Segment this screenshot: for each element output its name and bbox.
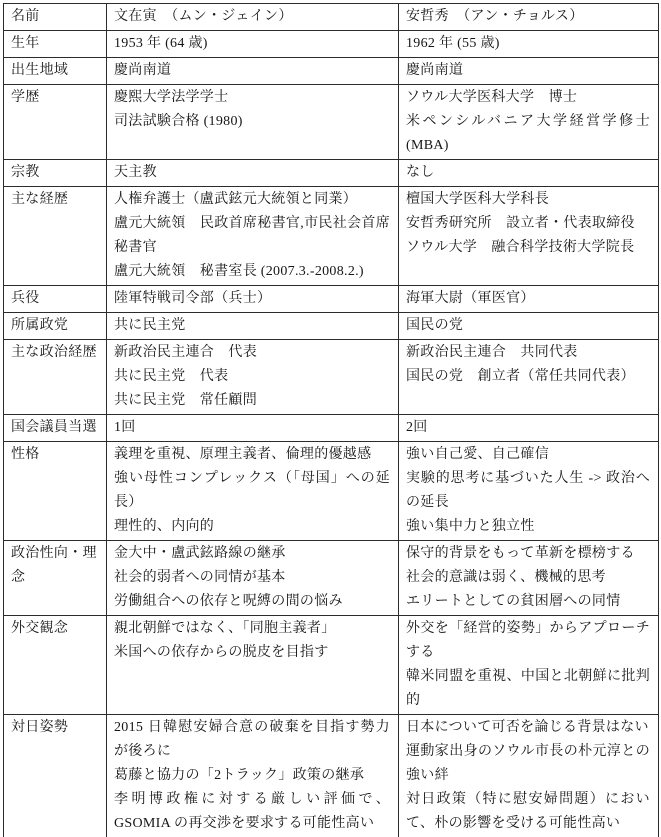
ahn-cell: 新政治民主連合 共同代表国民の党 創立者（常任共同代表） <box>399 340 659 415</box>
row-label: 性格 <box>4 442 107 541</box>
table-row-political-career: 主な政治経歴 新政治民主連合 代表共に民主党 代表共に民主党 常任顧問 新政治民… <box>4 340 659 415</box>
table-row-political-orientation: 政治性向・理念 金大中・盧武鉉路線の継承社会的弱者への同情が基本労働組合への依存… <box>4 541 659 616</box>
ahn-cell: 国民の党 <box>399 313 659 340</box>
table-row-education: 学歴 慶熙大学法学学士司法試験合格 (1980) ソウル大学医科大学 博士米ペン… <box>4 85 659 160</box>
row-label-text: 宗教 <box>11 161 98 185</box>
ahn-cell: 保守的背景をもって革新を標榜する社会的意識は弱く、機械的思考エリートとしての貧困… <box>399 541 659 616</box>
ahn-cell: 海軍大尉（軍医官） <box>399 286 659 313</box>
moon-cell: 新政治民主連合 代表共に民主党 代表共に民主党 常任顧問 <box>107 340 399 415</box>
table-row-military-service: 兵役 陸軍特戦司令部（兵士） 海軍大尉（軍医官） <box>4 286 659 313</box>
cell-line: ソウル大学 融合科学技術大学院長 <box>406 236 650 260</box>
cell-line: 運動家出身のソウル市長の朴元淳との強い絆 <box>406 740 650 788</box>
cell-line: 人権弁護士（盧武鉉元大統領と同業） <box>114 188 390 212</box>
row-label-text: 出生地域 <box>11 59 98 83</box>
cell-line: 強い母性コンプレックス（「母国」への延長） <box>114 467 390 515</box>
cell-line: 国民の党 創立者（常任共同代表） <box>406 365 650 389</box>
cell-line: 強い集中力と独立性 <box>406 515 650 539</box>
table-row-personality: 性格 義理を重視、原理主義者、倫理的優越感強い母性コンプレックス（「母国」への延… <box>4 442 659 541</box>
ahn-cell: 檀国大学医科大学科長安哲秀研究所 設立者・代表取締役ソウル大学 融合科学技術大学… <box>399 187 659 286</box>
table-row-name: 名前 文在寅 （ムン・ジェイン） 安哲秀 （アン・チョルス） <box>4 4 659 31</box>
cell-line: 共に民主党 <box>114 314 390 338</box>
cell-line: 共に民主党 常任顧問 <box>114 389 390 413</box>
table-row-birthplace: 出生地域 慶尚南道 慶尚南道 <box>4 58 659 85</box>
cell-line: 義理を重視、原理主義者、倫理的優越感 <box>114 443 390 467</box>
moon-cell: 陸軍特戦司令部（兵士） <box>107 286 399 313</box>
cell-line: 葛藤と協力の「2トラック」政策の継承 <box>114 764 390 788</box>
row-label: 兵役 <box>4 286 107 313</box>
cell-line: 陸軍特戦司令部（兵士） <box>114 287 390 311</box>
ahn-cell: 安哲秀 （アン・チョルス） <box>399 4 659 31</box>
cell-line: エリートとしての貧困層への同情 <box>406 590 650 614</box>
row-label: 名前 <box>4 4 107 31</box>
row-label: 外交観念 <box>4 616 107 715</box>
cell-line: 新政治民主連合 共同代表 <box>406 341 650 365</box>
row-label-text: 国会議員当選 <box>11 416 98 440</box>
row-label-text: 生年 <box>11 32 98 56</box>
row-label-text: 主な政治経歴 <box>11 341 98 365</box>
row-label: 所属政党 <box>4 313 107 340</box>
cell-line: 新政治民主連合 代表 <box>114 341 390 365</box>
cell-line: 共に民主党 代表 <box>114 365 390 389</box>
cell-line: 天主教 <box>114 161 390 185</box>
moon-cell: 1回 <box>107 415 399 442</box>
cell-line: 海軍大尉（軍医官） <box>406 287 650 311</box>
cell-line: 金大中・盧武鉉路線の継承 <box>114 542 390 566</box>
row-label: 対日姿勢 <box>4 715 107 837</box>
moon-cell: 金大中・盧武鉉路線の継承社会的弱者への同情が基本労働組合への依存と呪縛の間の悩み <box>107 541 399 616</box>
row-label: 国会議員当選 <box>4 415 107 442</box>
ahn-cell: 1962 年 (55 歳) <box>399 31 659 58</box>
cell-line: 盧元大統領 秘書室長 (2007.3.-2008.2.) <box>114 260 390 284</box>
table-row-religion: 宗教 天主教 なし <box>4 160 659 187</box>
cell-line: 労働組合への依存と呪縛の間の悩み <box>114 590 390 614</box>
moon-cell: 文在寅 （ムン・ジェイン） <box>107 4 399 31</box>
row-label: 主な政治経歴 <box>4 340 107 415</box>
ahn-cell: 外交を「経営的姿勢」からアプローチする韓米同盟を重視、中国と北朝鮮に批判的 <box>399 616 659 715</box>
cell-line: 1953 年 (64 歳) <box>114 32 390 56</box>
moon-cell: 親北朝鮮ではなく、「同胞主義者」米国への依存からの脱皮を目指す <box>107 616 399 715</box>
row-label-text: 対日姿勢 <box>11 716 98 740</box>
cell-line: 安哲秀 （アン・チョルス） <box>406 5 650 29</box>
cell-line: 慶熙大学法学学士 <box>114 86 390 110</box>
table-row-elections-won: 国会議員当選 1回 2回 <box>4 415 659 442</box>
ahn-cell: 強い自己愛、自己確信実験的思考に基づいた人生 -> 政治への延長強い集中力と独立… <box>399 442 659 541</box>
cell-line: 1回 <box>114 416 390 440</box>
cell-line: 保守的背景をもって革新を標榜する <box>406 542 650 566</box>
table-row-japan-stance: 対日姿勢 2015 日韓慰安婦合意の破棄を目指す勢力が後ろに葛藤と協力の「2トラ… <box>4 715 659 837</box>
cell-line: 親北朝鮮ではなく、「同胞主義者」 <box>114 617 390 641</box>
row-label: 政治性向・理念 <box>4 541 107 616</box>
cell-line: 強い自己愛、自己確信 <box>406 443 650 467</box>
document-page: 名前 文在寅 （ムン・ジェイン） 安哲秀 （アン・チョルス） 生年 1953 年… <box>0 0 661 837</box>
moon-cell: 1953 年 (64 歳) <box>107 31 399 58</box>
table-row-birth-year: 生年 1953 年 (64 歳) 1962 年 (55 歳) <box>4 31 659 58</box>
cell-line: 檀国大学医科大学科長 <box>406 188 650 212</box>
moon-cell: 慶尚南道 <box>107 58 399 85</box>
table-row-diplomacy-view: 外交観念 親北朝鮮ではなく、「同胞主義者」米国への依存からの脱皮を目指す 外交を… <box>4 616 659 715</box>
cell-line: 2回 <box>406 416 650 440</box>
cell-line: 慶尚南道 <box>406 59 650 83</box>
ahn-cell: 慶尚南道 <box>399 58 659 85</box>
moon-cell: 義理を重視、原理主義者、倫理的優越感強い母性コンプレックス（「母国」への延長）理… <box>107 442 399 541</box>
cell-line: 司法試験合格 (1980) <box>114 110 390 134</box>
table-row-main-career: 主な経歴 人権弁護士（盧武鉉元大統領と同業）盧元大統領 民政首席秘書官,市民社会… <box>4 187 659 286</box>
ahn-cell: 2回 <box>399 415 659 442</box>
cell-line: 2015 日韓慰安婦合意の破棄を目指す勢力が後ろに <box>114 716 390 764</box>
cell-line: 韓米同盟を重視、中国と北朝鮮に批判的 <box>406 665 650 713</box>
row-label-text: 性格 <box>11 443 98 467</box>
cell-line: なし <box>406 161 650 185</box>
row-label: 出生地域 <box>4 58 107 85</box>
cell-line: 外交を「経営的姿勢」からアプローチする <box>406 617 650 665</box>
cell-line: 理性的、内向的 <box>114 515 390 539</box>
comparison-table: 名前 文在寅 （ムン・ジェイン） 安哲秀 （アン・チョルス） 生年 1953 年… <box>3 3 659 837</box>
row-label-text: 所属政党 <box>11 314 98 338</box>
cell-line: 安哲秀研究所 設立者・代表取締役 <box>406 212 650 236</box>
cell-line: ソウル大学医科大学 博士 <box>406 86 650 110</box>
cell-line: 米ペンシルバニア大学経営学修士 (MBA) <box>406 110 650 158</box>
row-label-text: 名前 <box>11 5 98 29</box>
ahn-cell: ソウル大学医科大学 博士米ペンシルバニア大学経営学修士 (MBA) <box>399 85 659 160</box>
moon-cell: 共に民主党 <box>107 313 399 340</box>
row-label-text: 主な経歴 <box>11 188 98 212</box>
cell-line: 対日政策（特に慰安婦問題）において、朴の影響を受ける可能性高い <box>406 788 650 836</box>
moon-cell: 2015 日韓慰安婦合意の破棄を目指す勢力が後ろに葛藤と協力の「2トラック」政策… <box>107 715 399 837</box>
cell-line: 李明博政権に対する厳しい評価で、GSOMIA の再交渉を要求する可能性高い <box>114 788 390 836</box>
cell-line: 慶尚南道 <box>114 59 390 83</box>
cell-line: 米国への依存からの脱皮を目指す <box>114 641 390 665</box>
row-label-text: 政治性向・理念 <box>11 542 98 590</box>
cell-line: 社会的弱者への同情が基本 <box>114 566 390 590</box>
ahn-cell: なし <box>399 160 659 187</box>
row-label-text: 外交観念 <box>11 617 98 641</box>
cell-line: 国民の党 <box>406 314 650 338</box>
moon-cell: 慶熙大学法学学士司法試験合格 (1980) <box>107 85 399 160</box>
cell-line: 日本について可否を論じる背景はない <box>406 716 650 740</box>
moon-cell: 人権弁護士（盧武鉉元大統領と同業）盧元大統領 民政首席秘書官,市民社会首席秘書官… <box>107 187 399 286</box>
cell-line: 実験的思考に基づいた人生 -> 政治への延長 <box>406 467 650 515</box>
table-row-party: 所属政党 共に民主党 国民の党 <box>4 313 659 340</box>
cell-line: 社会的意識は弱く、機械的思考 <box>406 566 650 590</box>
row-label: 主な経歴 <box>4 187 107 286</box>
row-label-text: 兵役 <box>11 287 98 311</box>
cell-line: 1962 年 (55 歳) <box>406 32 650 56</box>
cell-line: 盧元大統領 民政首席秘書官,市民社会首席秘書官 <box>114 212 390 260</box>
row-label: 学歴 <box>4 85 107 160</box>
cell-line: 文在寅 （ムン・ジェイン） <box>114 5 390 29</box>
moon-cell: 天主教 <box>107 160 399 187</box>
row-label: 宗教 <box>4 160 107 187</box>
row-label: 生年 <box>4 31 107 58</box>
row-label-text: 学歴 <box>11 86 98 110</box>
ahn-cell: 日本について可否を論じる背景はない運動家出身のソウル市長の朴元淳との強い絆対日政… <box>399 715 659 837</box>
